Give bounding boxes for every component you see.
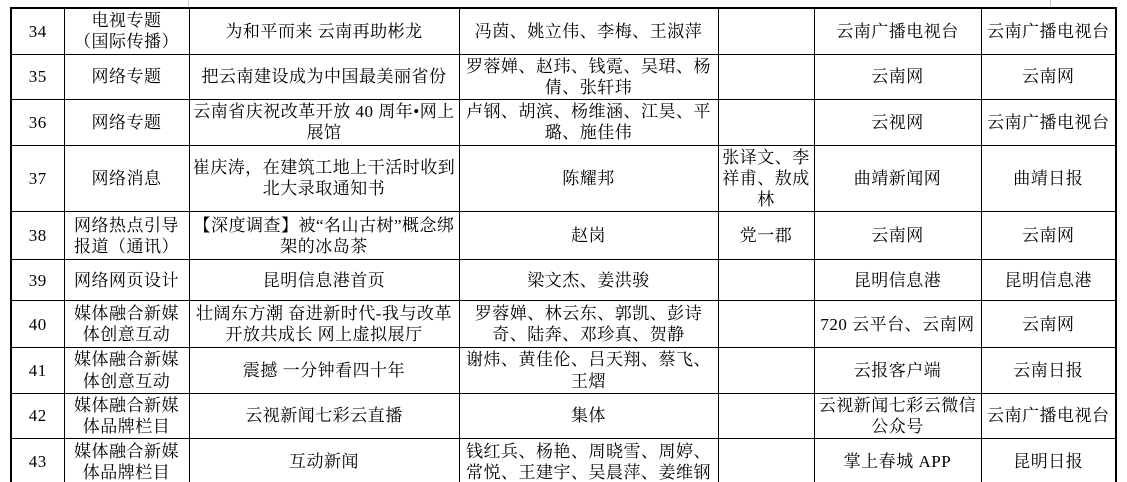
cell-number: 43 xyxy=(11,439,64,482)
cell-publisher: 曲靖新闻网 xyxy=(814,145,981,212)
cell-recommender: 昆明信息港 xyxy=(981,260,1116,301)
cell-recommender: 昆明日报 xyxy=(981,439,1116,482)
cell-number: 38 xyxy=(11,212,64,260)
cell-title: 云视新闻七彩云直播 xyxy=(189,393,459,439)
cell-title: 崔庆涛，在建筑工地上干活时收到北大录取通知书 xyxy=(189,145,459,212)
cell-publisher: 720 云平台、云南网 xyxy=(814,301,981,348)
cell-authors: 赵岗 xyxy=(459,212,718,260)
cell-recommender: 云南广播电视台 xyxy=(981,8,1116,54)
cell-editors xyxy=(718,54,814,100)
cell-authors: 钱红兵、杨艳、周晓雪、周婷、常悦、王建宇、吴晨萍、姜维钢 xyxy=(459,439,718,482)
table-row: 36 网络专题 云南省庆祝改革开放 40 周年•网上展馆 卢钢、胡滨、杨维涵、江… xyxy=(11,100,1116,146)
awards-table: 34 电视专题 （国际传播） 为和平而来 云南再助彬龙 冯茵、姚立伟、李梅、王淑… xyxy=(10,7,1117,482)
cell-category: 媒体融合新媒体创意互动 xyxy=(64,301,189,348)
cell-number: 35 xyxy=(11,54,64,100)
cell-authors: 罗蓉婵、林云东、郭凯、彭诗奇、陆奔、邓珍真、贺静 xyxy=(459,301,718,348)
cell-authors: 谢炜、黄佳伦、吕天翔、蔡飞、王熠 xyxy=(459,348,718,394)
cell-title: 互动新闻 xyxy=(189,439,459,482)
cell-editors xyxy=(718,439,814,482)
cell-authors: 卢钢、胡滨、杨维涵、江昊、平璐、施佳伟 xyxy=(459,100,718,146)
cell-authors: 集体 xyxy=(459,393,718,439)
table-row: 41 媒体融合新媒体创意互动 震撼 一分钟看四十年 谢炜、黄佳伦、吕天翔、蔡飞、… xyxy=(11,348,1116,394)
cell-category: 电视专题 （国际传播） xyxy=(64,8,189,54)
cell-number: 34 xyxy=(11,8,64,54)
document-page: 34 电视专题 （国际传播） 为和平而来 云南再助彬龙 冯茵、姚立伟、李梅、王淑… xyxy=(0,0,1127,482)
cell-publisher: 云南广播电视台 xyxy=(814,8,981,54)
cell-editors xyxy=(718,393,814,439)
cell-editors xyxy=(718,100,814,146)
cell-editors xyxy=(718,8,814,54)
cell-title: 壮阔东方潮 奋进新时代-我与改革开放共成长 网上虚拟展厅 xyxy=(189,301,459,348)
cell-editors xyxy=(718,260,814,301)
cell-title: 把云南建设成为中国最美丽省份 xyxy=(189,54,459,100)
cell-recommender: 云南网 xyxy=(981,301,1116,348)
cell-category: 网络专题 xyxy=(64,54,189,100)
cell-title: 云南省庆祝改革开放 40 周年•网上展馆 xyxy=(189,100,459,146)
cell-category: 媒体融合新媒体品牌栏目 xyxy=(64,393,189,439)
cell-editors: 党一郡 xyxy=(718,212,814,260)
table-row: 38 网络热点引导报道（通讯） 【深度调查】被“名山古树”概念绑架的冰岛茶 赵岗… xyxy=(11,212,1116,260)
cell-publisher: 云视新闻七彩云微信公众号 xyxy=(814,393,981,439)
table-row: 42 媒体融合新媒体品牌栏目 云视新闻七彩云直播 集体 云视新闻七彩云微信公众号… xyxy=(11,393,1116,439)
cell-recommender: 曲靖日报 xyxy=(981,145,1116,212)
table-row: 40 媒体融合新媒体创意互动 壮阔东方潮 奋进新时代-我与改革开放共成长 网上虚… xyxy=(11,301,1116,348)
cell-editors: 张译文、李祥甫、敖成林 xyxy=(718,145,814,212)
cell-number: 37 xyxy=(11,145,64,212)
cell-publisher: 掌上春城 APP xyxy=(814,439,981,482)
cell-title: 昆明信息港首页 xyxy=(189,260,459,301)
table-row: 43 媒体融合新媒体品牌栏目 互动新闻 钱红兵、杨艳、周晓雪、周婷、常悦、王建宇… xyxy=(11,439,1116,482)
table-row: 35 网络专题 把云南建设成为中国最美丽省份 罗蓉婵、赵玮、钱霓、吴珺、杨倩、张… xyxy=(11,54,1116,100)
cell-editors xyxy=(718,348,814,394)
cell-publisher: 云南网 xyxy=(814,212,981,260)
cell-authors: 梁文杰、姜洪骏 xyxy=(459,260,718,301)
cell-title: 【深度调查】被“名山古树”概念绑架的冰岛茶 xyxy=(189,212,459,260)
cell-publisher: 云南网 xyxy=(814,54,981,100)
cell-number: 42 xyxy=(11,393,64,439)
table-row: 34 电视专题 （国际传播） 为和平而来 云南再助彬龙 冯茵、姚立伟、李梅、王淑… xyxy=(11,8,1116,54)
cell-authors: 冯茵、姚立伟、李梅、王淑萍 xyxy=(459,8,718,54)
cell-recommender: 云南网 xyxy=(981,212,1116,260)
cell-category: 网络网页设计 xyxy=(64,260,189,301)
cell-recommender: 云南广播电视台 xyxy=(981,393,1116,439)
cell-category: 网络消息 xyxy=(64,145,189,212)
cell-number: 39 xyxy=(11,260,64,301)
cell-recommender: 云南广播电视台 xyxy=(981,100,1116,146)
cell-editors xyxy=(718,301,814,348)
cell-number: 36 xyxy=(11,100,64,146)
cell-publisher: 云报客户端 xyxy=(814,348,981,394)
table-row: 39 网络网页设计 昆明信息港首页 梁文杰、姜洪骏 昆明信息港 昆明信息港 xyxy=(11,260,1116,301)
cell-title: 为和平而来 云南再助彬龙 xyxy=(189,8,459,54)
cell-authors: 陈耀邦 xyxy=(459,145,718,212)
cell-category: 媒体融合新媒体品牌栏目 xyxy=(64,439,189,482)
table-row: 37 网络消息 崔庆涛，在建筑工地上干活时收到北大录取通知书 陈耀邦 张译文、李… xyxy=(11,145,1116,212)
cell-number: 41 xyxy=(11,348,64,394)
cell-category: 网络专题 xyxy=(64,100,189,146)
cell-authors: 罗蓉婵、赵玮、钱霓、吴珺、杨倩、张轩玮 xyxy=(459,54,718,100)
cell-publisher: 昆明信息港 xyxy=(814,260,981,301)
cell-title: 震撼 一分钟看四十年 xyxy=(189,348,459,394)
cell-number: 40 xyxy=(11,301,64,348)
cell-category: 媒体融合新媒体创意互动 xyxy=(64,348,189,394)
cell-recommender: 云南日报 xyxy=(981,348,1116,394)
cell-recommender: 云南网 xyxy=(981,54,1116,100)
cell-publisher: 云视网 xyxy=(814,100,981,146)
cell-category: 网络热点引导报道（通讯） xyxy=(64,212,189,260)
